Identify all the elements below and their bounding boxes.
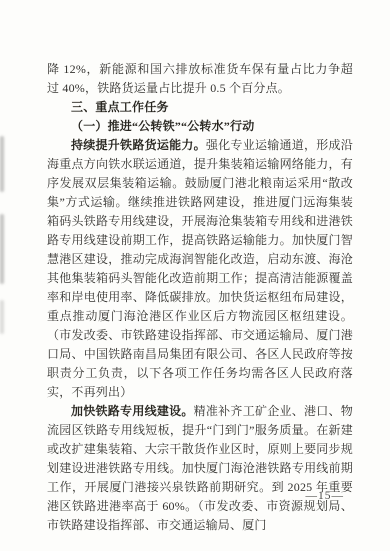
text-run: 降 12%，新能源和国六排放标准货车保有量占比力争超过 40%，铁路货运量占比提… — [47, 62, 353, 95]
text-run: 精准补齐工矿企业、港口、物流园区铁路专用线短板，提升“门到门”服务质量。在新建或… — [47, 404, 353, 532]
paragraph-heading: 三、重点工作任务 — [47, 98, 353, 117]
bold-lead-run: 三、重点工作任务 — [71, 100, 169, 114]
document-body: 降 12%，新能源和国六排放标准货车保有量占比力争超过 40%，铁路货运量占比提… — [47, 60, 353, 535]
bold-lead-run: （一）推进“公转铁”“公转水”行动 — [71, 119, 254, 133]
paragraph-body: 持续提升铁路货运能力。强化专业运输通道，形成沿海重点方向铁水联运通道，提升集装箱… — [47, 136, 353, 402]
bold-lead-run: 加快铁路专用线建设。 — [71, 404, 194, 418]
paragraph-body-continuation: 降 12%，新能源和国六排放标准货车保有量占比力争超过 40%，铁路货运量占比提… — [47, 60, 353, 98]
bold-lead-run: 持续提升铁路货运能力。 — [71, 138, 206, 152]
paragraph-subheading: （一）推进“公转铁”“公转水”行动 — [47, 117, 353, 136]
paragraph-body: 加快铁路专用线建设。精准补齐工矿企业、港口、物流园区铁路专用线短板，提升“门到门… — [47, 402, 353, 535]
document-page: 降 12%，新能源和国六排放标准货车保有量占比力争超过 40%，铁路货运量占比提… — [0, 0, 390, 551]
page-number: —15— — [306, 490, 345, 502]
text-run: 强化专业运输通道，形成沿海重点方向铁水联运通道，提升集装箱运输网络能力，有序发展… — [47, 138, 353, 399]
